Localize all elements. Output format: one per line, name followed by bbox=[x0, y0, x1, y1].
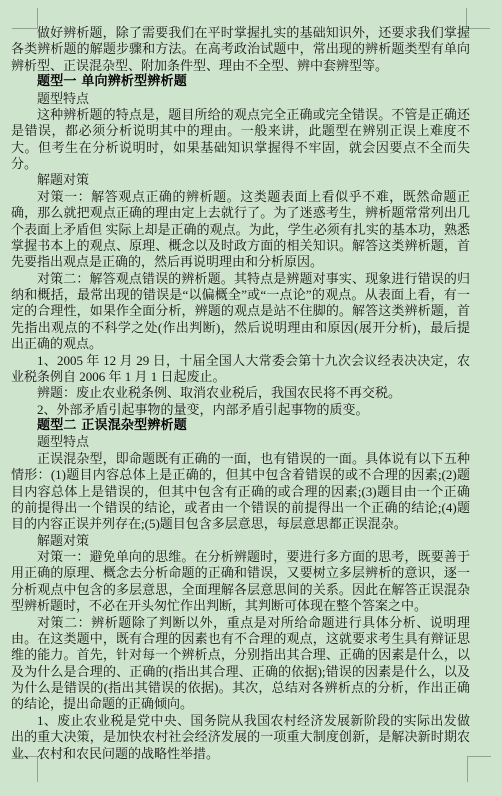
document-body: 做好辨析题，除了需要我们在平时掌握扎实的基础知识外，还要求我们掌握各类辨析题的解… bbox=[11, 25, 470, 762]
section-heading-type-two: 题型二 正误混杂型辨析题 bbox=[11, 418, 470, 434]
paragraph-type2-example-1: 1、废止农业税是党中央、国务院从我国农村经济发展新阶段的实际出发做出的重大决策，… bbox=[11, 713, 470, 762]
paragraph-type2-trait-label: 题型特点 bbox=[11, 434, 470, 450]
paragraph-type1-trait-label: 题型特点 bbox=[11, 91, 470, 107]
paragraph-type2-trait: 正误混杂型，即命题既有正确的一面，也有错误的一面。具体说有以下五种情形：(1)题… bbox=[11, 451, 470, 533]
paragraph-type1-trait: 这种辨析题的特点是，题目所给的观点完全正确或完全错误。不管是正确还是错误，都必须… bbox=[11, 107, 470, 173]
paragraph-type1-strategy-label: 解题对策 bbox=[11, 172, 470, 188]
paragraph-type1-strategy-1: 对策一：解答观点正确的辨析题。这类题表面上看似乎不难，既然命题正确，那么就把观点… bbox=[11, 189, 470, 271]
paragraph-example-1-question: 辨题：废止农业税条例、取消农业税后，我国农民将不再交税。 bbox=[11, 385, 470, 401]
document-page: 做好辨析题，除了需要我们在平时掌握扎实的基础知识外，还要求我们掌握各类辨析题的解… bbox=[0, 0, 502, 796]
crop-mark-bottom-right-icon bbox=[467, 756, 491, 782]
paragraph-type1-strategy-2: 对策二：解答观点错误的辨析题。其特点是辨题对事实、现象进行错误的归纳和概括，最常… bbox=[11, 271, 470, 353]
paragraph-example-2: 2、外部矛盾引起事物的量变，内部矛盾引起事物的质变。 bbox=[11, 402, 470, 418]
section-heading-type-one: 题型一 单向辨析型辨析题 bbox=[11, 74, 470, 90]
paragraph-type2-strategy-2: 对策二：辨析题除了判断以外，重点是对所给命题进行具体分析、说明理由。在这类题中，… bbox=[11, 615, 470, 713]
paragraph-example-1: 1、2005 年 12 月 29 日，十届全国人大常委会第十九次会议经表决决定，… bbox=[11, 353, 470, 386]
paragraph-intro: 做好辨析题，除了需要我们在平时掌握扎实的基础知识外，还要求我们掌握各类辨析题的解… bbox=[11, 25, 470, 74]
paragraph-type2-strategy-label: 解题对策 bbox=[11, 533, 470, 549]
paragraph-type2-strategy-1: 对策一：避免单向的思维。在分析辨题时，要进行多方面的思考，既要善于用正确的原理、… bbox=[11, 549, 470, 615]
